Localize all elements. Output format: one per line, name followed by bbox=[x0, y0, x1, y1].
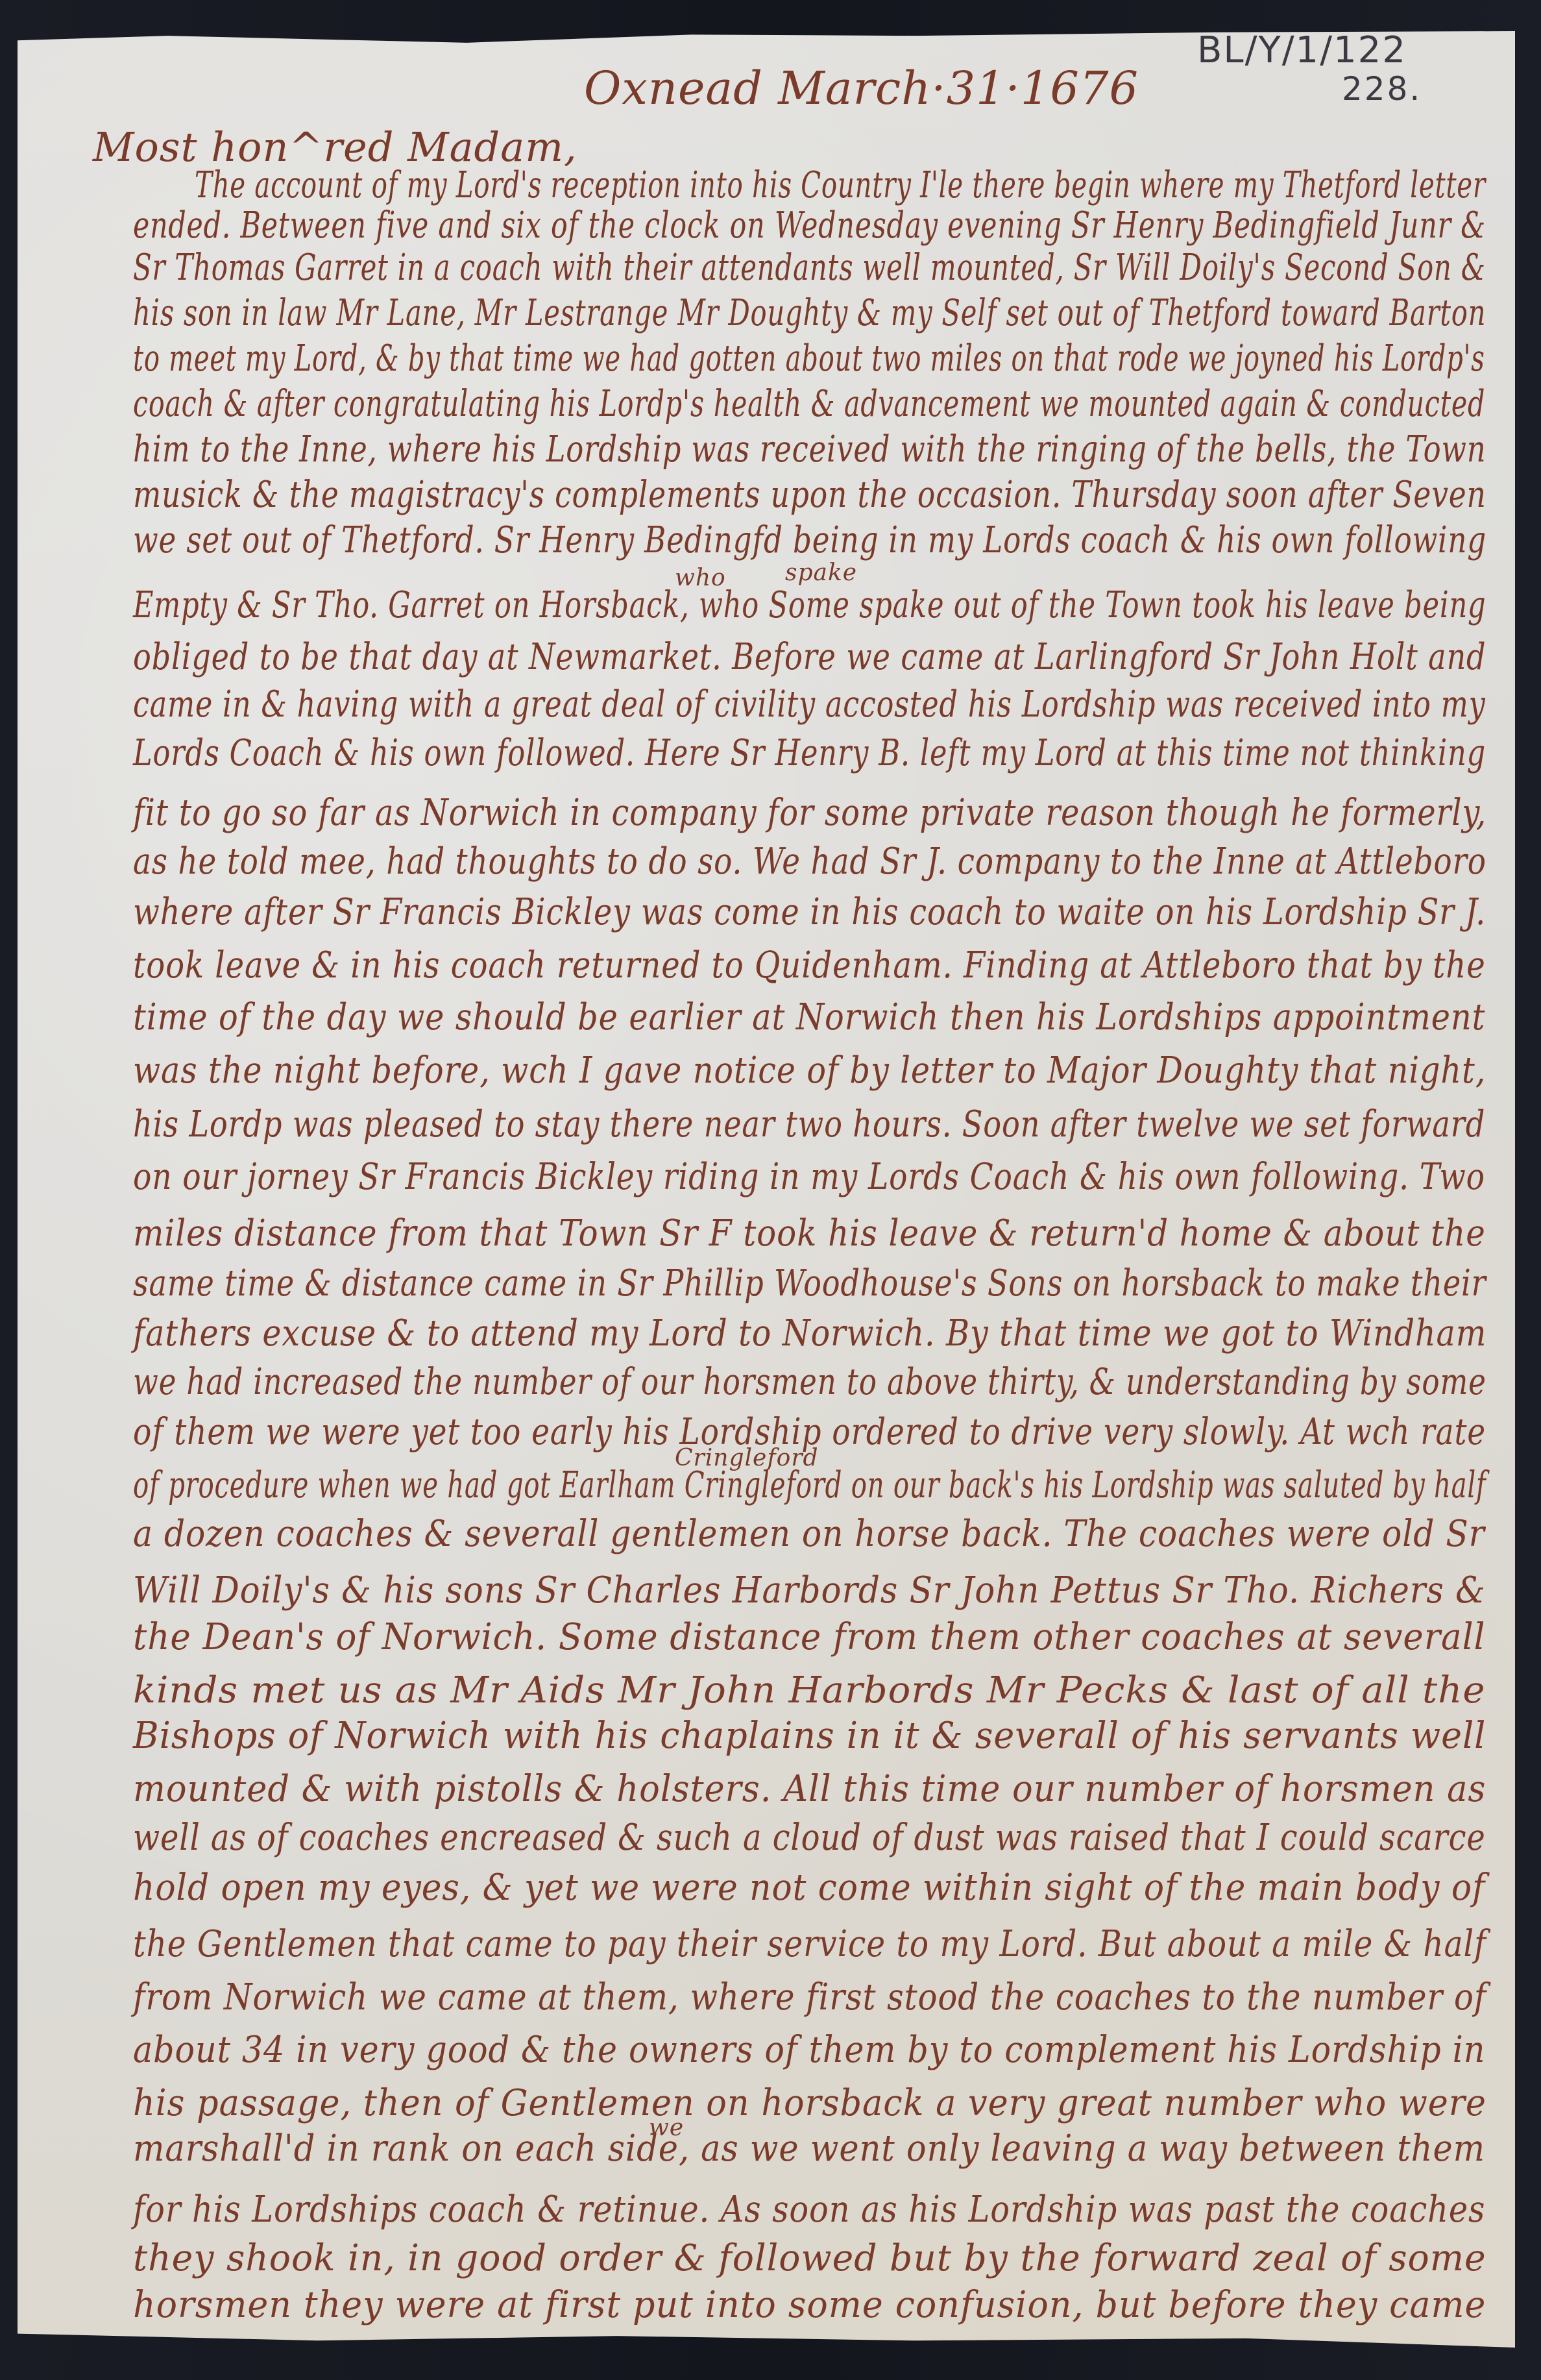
archive-reference: BL/Y/1/122 bbox=[1197, 29, 1407, 71]
body-line: fit to go so far as Norwich in company f… bbox=[133, 795, 1486, 831]
body-line: to meet my Lord, & by that time we had g… bbox=[133, 341, 1485, 377]
body-line: Bishops of Norwich with his chaplains in… bbox=[133, 1718, 1486, 1754]
body-line: coach & after congratulating his Lordp's… bbox=[133, 386, 1485, 423]
body-line: kinds met us as Mr Aids Mr John Harbords… bbox=[133, 1673, 1485, 1709]
folio-number: 228. bbox=[1342, 70, 1422, 108]
body-line: for his Lordships coach & retinue. As so… bbox=[133, 2192, 1485, 2228]
body-line: took leave & in his coach returned to Qu… bbox=[133, 948, 1486, 984]
body-line: hold open my eyes, & yet we were not com… bbox=[133, 1870, 1485, 1906]
body-line: his son in law Mr Lane, Mr Lestrange Mr … bbox=[133, 295, 1486, 332]
body-line: as he told mee, had thoughts to do so. W… bbox=[133, 844, 1486, 880]
body-line: ended. Between five and six of the clock… bbox=[133, 208, 1486, 244]
dateline: Oxnead March·31·1676 bbox=[584, 62, 1139, 115]
body-line: of procedure when we had got Earlham Cri… bbox=[133, 1467, 1486, 1504]
body-line: came in & having with a great deal of ci… bbox=[133, 687, 1485, 723]
body-line: about 34 in very good & the owners of th… bbox=[133, 2032, 1485, 2068]
body-line: Sr Thomas Garret in a coach with their a… bbox=[133, 250, 1486, 286]
body-line: horsmen they were at first put into some… bbox=[133, 2287, 1486, 2324]
body-line: where after Sr Francis Bickley was come … bbox=[133, 894, 1486, 931]
body-line: him to the Inne, where his Lordship was … bbox=[133, 432, 1486, 468]
body-line: well as of coaches encreased & such a cl… bbox=[133, 1820, 1486, 1856]
body-line: the Dean's of Norwich. Some distance fro… bbox=[133, 1619, 1485, 1656]
body-line: marshall'd in rank on each side, as we w… bbox=[133, 2131, 1485, 2167]
body-line: Will Doily's & his sons Sr Charles Harbo… bbox=[133, 1573, 1486, 1609]
body-line: from Norwich we came at them, where firs… bbox=[133, 1980, 1486, 2016]
body-line: same time & distance came in Sr Phillip … bbox=[133, 1266, 1486, 1302]
body-line: musick & the magistracy's complements up… bbox=[133, 477, 1486, 513]
body-line: fathers excuse & to attend my Lord to No… bbox=[133, 1316, 1486, 1352]
body-line: we set out of Thetford. Sr Henry Bedingf… bbox=[133, 522, 1486, 559]
interlinear-insertion: spake bbox=[785, 559, 857, 586]
body-line: was the night before, wch I gave notice … bbox=[133, 1053, 1486, 1089]
body-line: The account of my Lord's reception into … bbox=[195, 167, 1486, 204]
body-line: time of the day we should be earlier at … bbox=[133, 1000, 1485, 1036]
body-line: a dozen coaches & severall gentlemen on … bbox=[133, 1516, 1485, 1552]
body-line: on our jorney Sr Francis Bickley riding … bbox=[133, 1159, 1485, 1196]
body-line: mounted & with pistolls & holsters. All … bbox=[133, 1771, 1486, 1808]
body-line: his passage, then of Gentlemen on horsba… bbox=[133, 2085, 1486, 2122]
body-line: they shook in, in good order & followed … bbox=[133, 2240, 1486, 2277]
body-line: the Gentlemen that came to pay their ser… bbox=[133, 1926, 1486, 1963]
body-line: we had increased the number of our horsm… bbox=[133, 1364, 1486, 1401]
body-line: Empty & Sr Tho. Garret on Horsback, who … bbox=[133, 587, 1486, 624]
body-line: miles distance from that Town Sr F took … bbox=[133, 1216, 1486, 1252]
body-line: his Lordp was pleased to stay there near… bbox=[133, 1107, 1485, 1143]
body-line: obliged to be that day at Newmarket. Bef… bbox=[133, 639, 1486, 676]
body-line: Lords Coach & his own followed. Here Sr … bbox=[133, 735, 1486, 772]
